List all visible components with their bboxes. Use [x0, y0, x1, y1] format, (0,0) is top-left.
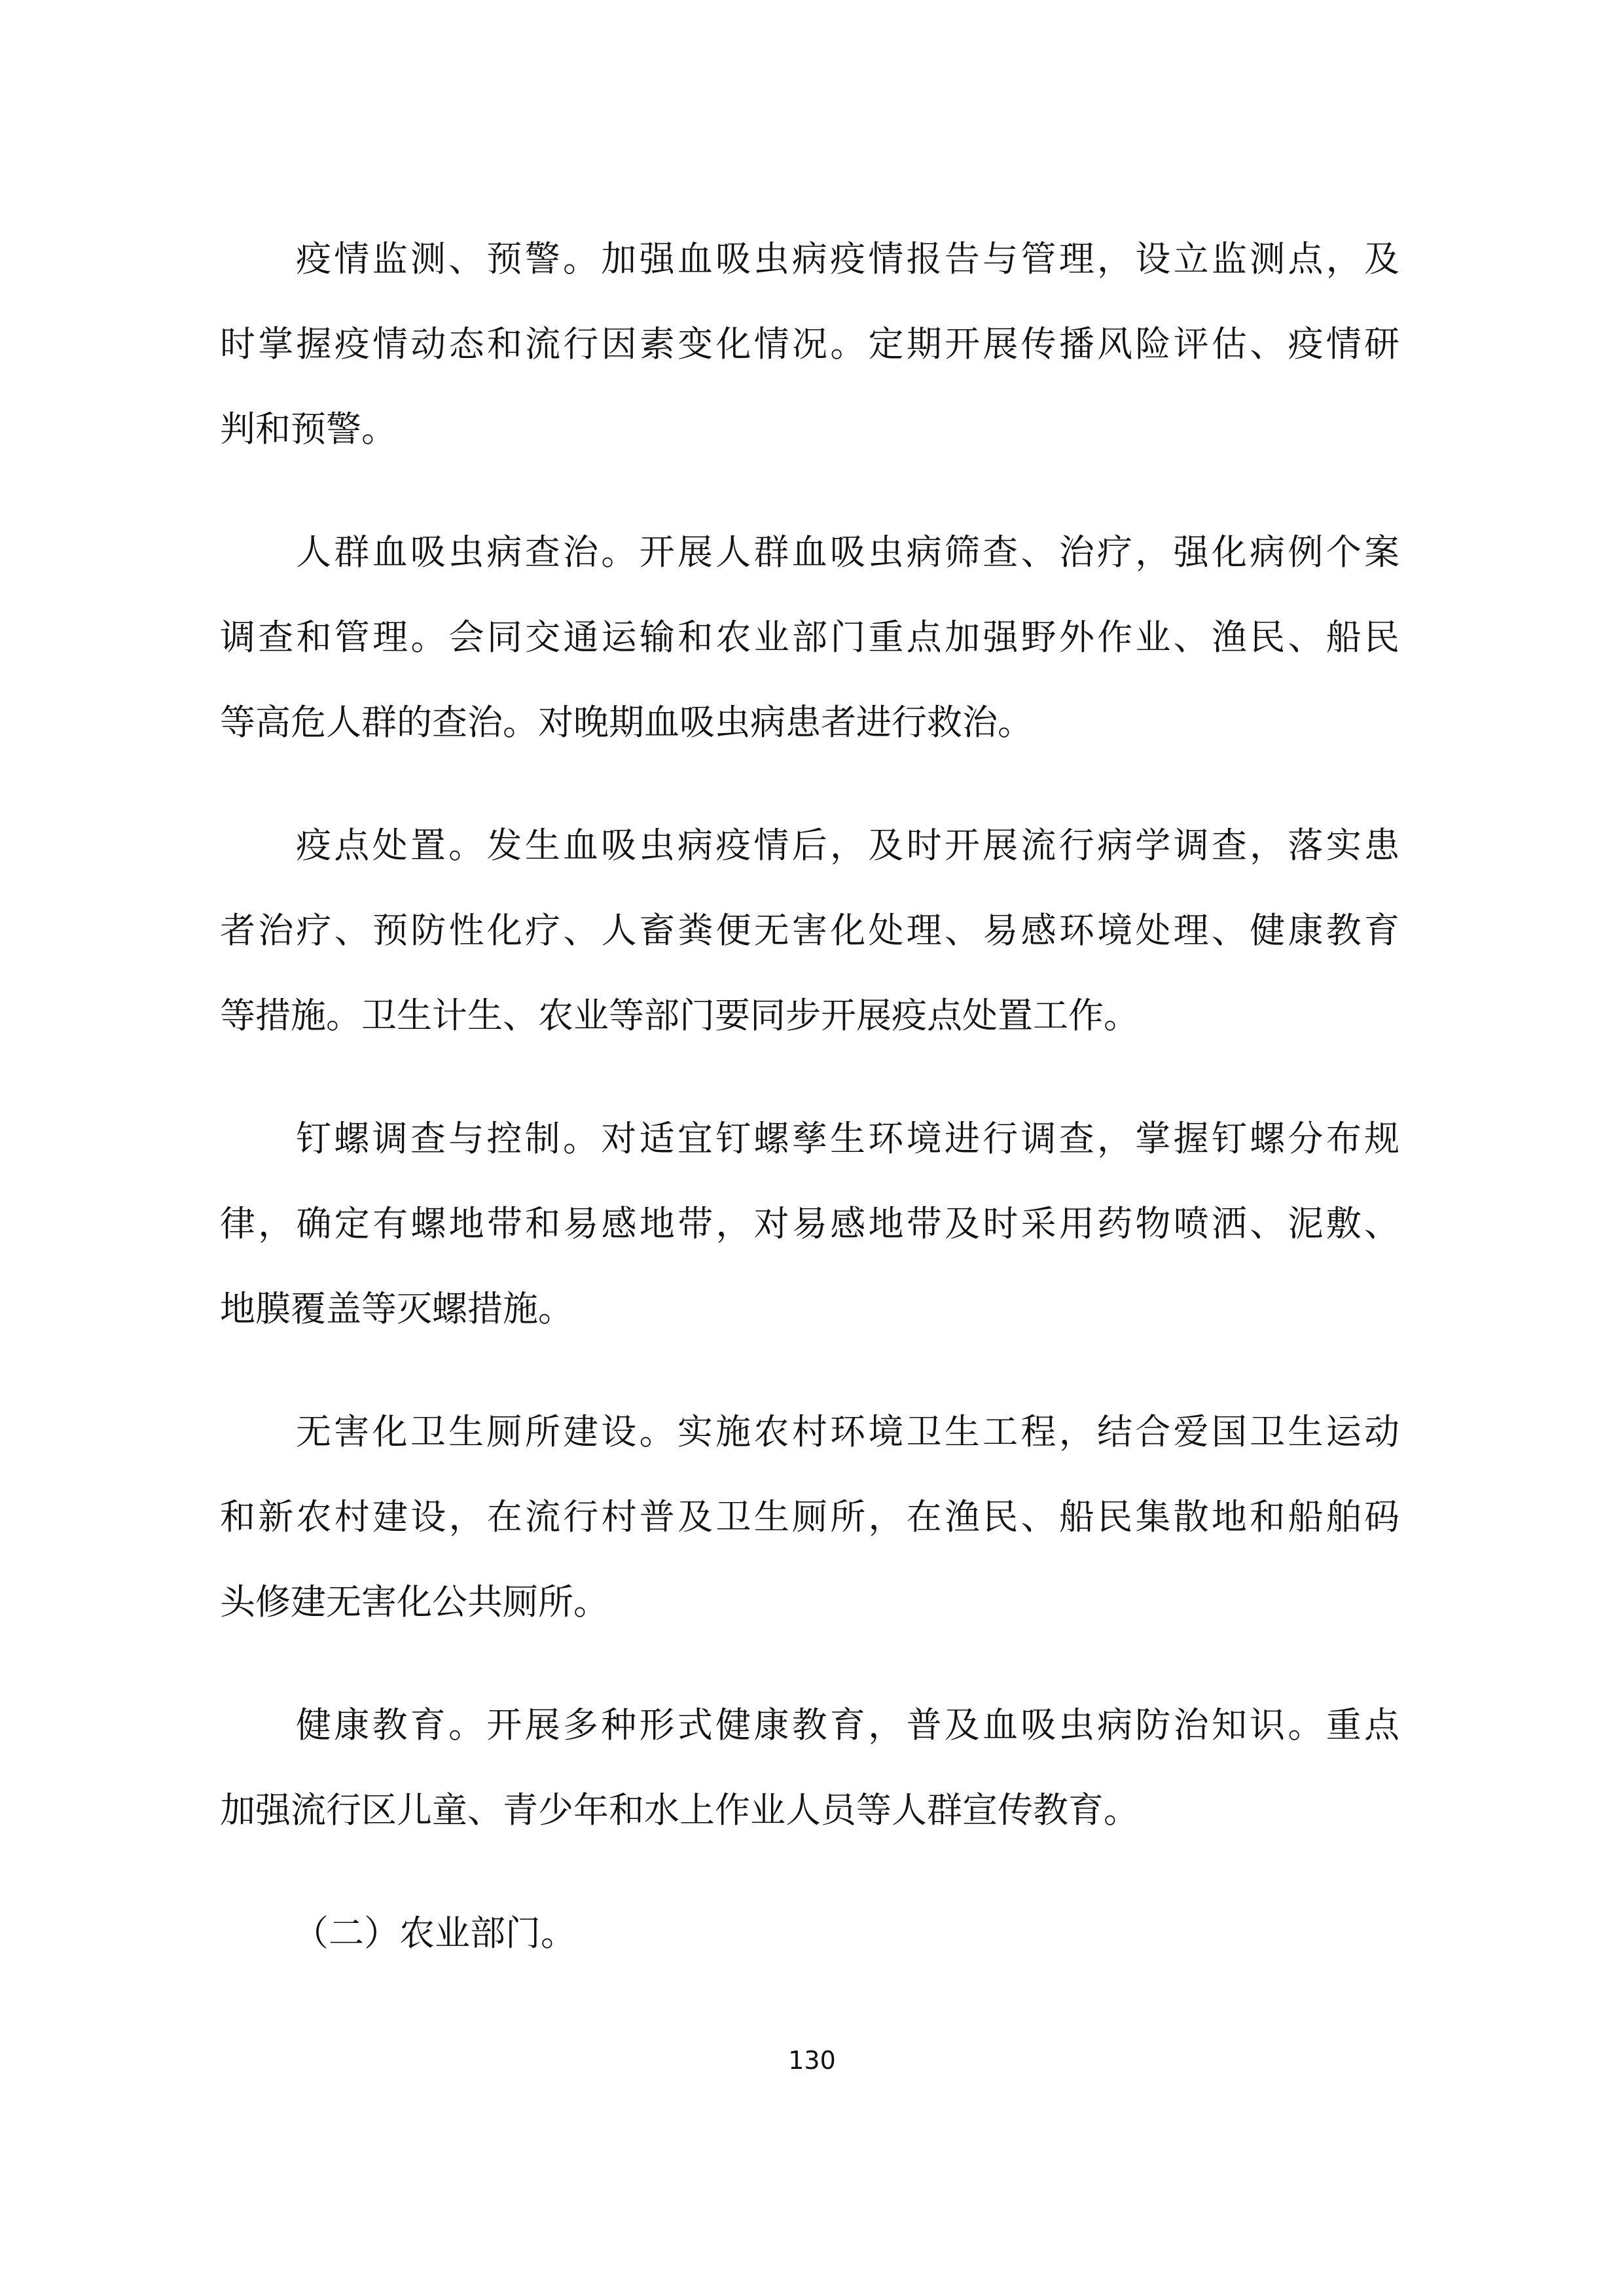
text-line: 和新农村建设，在流行村普及卫生厕所，在渔民、船民集散地和船舶码 — [220, 1475, 1399, 1560]
text-line: 疫情监测、预警。加强血吸虫病疫情报告与管理，设立监测点，及 — [220, 217, 1399, 302]
text-line: 地膜覆盖等灭螺措施。 — [220, 1266, 1399, 1352]
text-line: 判和预警。 — [220, 387, 1399, 472]
page-number: 130 — [0, 2045, 1624, 2076]
text-line: 加强流行区儿童、青少年和水上作业人员等人群宣传教育。 — [220, 1768, 1399, 1853]
text-line: 头修建无害化公共厕所。 — [220, 1560, 1399, 1645]
paragraph-epidemic-monitoring: 疫情监测、预警。加强血吸虫病疫情报告与管理，设立监测点，及 时掌握疫情动态和流行… — [220, 217, 1399, 472]
paragraph-health-education: 健康教育。开展多种形式健康教育，普及血吸虫病防治知识。重点 加强流行区儿童、青少… — [220, 1683, 1399, 1853]
text-line: 疫点处置。发生血吸虫病疫情后，及时开展流行病学调查，落实患 — [220, 803, 1399, 888]
text-line: 健康教育。开展多种形式健康教育，普及血吸虫病防治知识。重点 — [220, 1683, 1399, 1768]
paragraph-sanitary-toilets: 无害化卫生厕所建设。实施农村环境卫生工程，结合爱国卫生运动 和新农村建设，在流行… — [220, 1390, 1399, 1645]
text-line: 无害化卫生厕所建设。实施农村环境卫生工程，结合爱国卫生运动 — [220, 1390, 1399, 1475]
text-line: 人群血吸虫病查治。开展人群血吸虫病筛查、治疗，强化病例个案 — [220, 510, 1399, 595]
section-heading: （二）农业部门。 — [220, 1891, 1399, 1976]
paragraph-population-screening: 人群血吸虫病查治。开展人群血吸虫病筛查、治疗，强化病例个案 调查和管理。会同交通… — [220, 510, 1399, 765]
text-line: 调查和管理。会同交通运输和农业部门重点加强野外作业、渔民、船民 — [220, 595, 1399, 680]
text-line: 等高危人群的查治。对晚期血吸虫病患者进行救治。 — [220, 680, 1399, 765]
text-line: 等措施。卫生计生、农业等部门要同步开展疫点处置工作。 — [220, 973, 1399, 1058]
paragraph-outbreak-response: 疫点处置。发生血吸虫病疫情后，及时开展流行病学调查，落实患 者治疗、预防性化疗、… — [220, 803, 1399, 1058]
text-line: 钉螺调查与控制。对适宜钉螺孳生环境进行调查，掌握钉螺分布规 — [220, 1096, 1399, 1181]
text-line: 律，确定有螺地带和易感地带，对易感地带及时采用药物喷洒、泥敷、 — [220, 1181, 1399, 1266]
text-line: 者治疗、预防性化疗、人畜粪便无害化处理、易感环境处理、健康教育 — [220, 888, 1399, 973]
section-heading-agriculture: （二）农业部门。 — [220, 1891, 1399, 1976]
text-line: 时掌握疫情动态和流行因素变化情况。定期开展传播风险评估、疫情研 — [220, 302, 1399, 387]
document-body: 疫情监测、预警。加强血吸虫病疫情报告与管理，设立监测点，及 时掌握疫情动态和流行… — [220, 217, 1399, 2014]
paragraph-snail-control: 钉螺调查与控制。对适宜钉螺孳生环境进行调查，掌握钉螺分布规 律，确定有螺地带和易… — [220, 1096, 1399, 1352]
